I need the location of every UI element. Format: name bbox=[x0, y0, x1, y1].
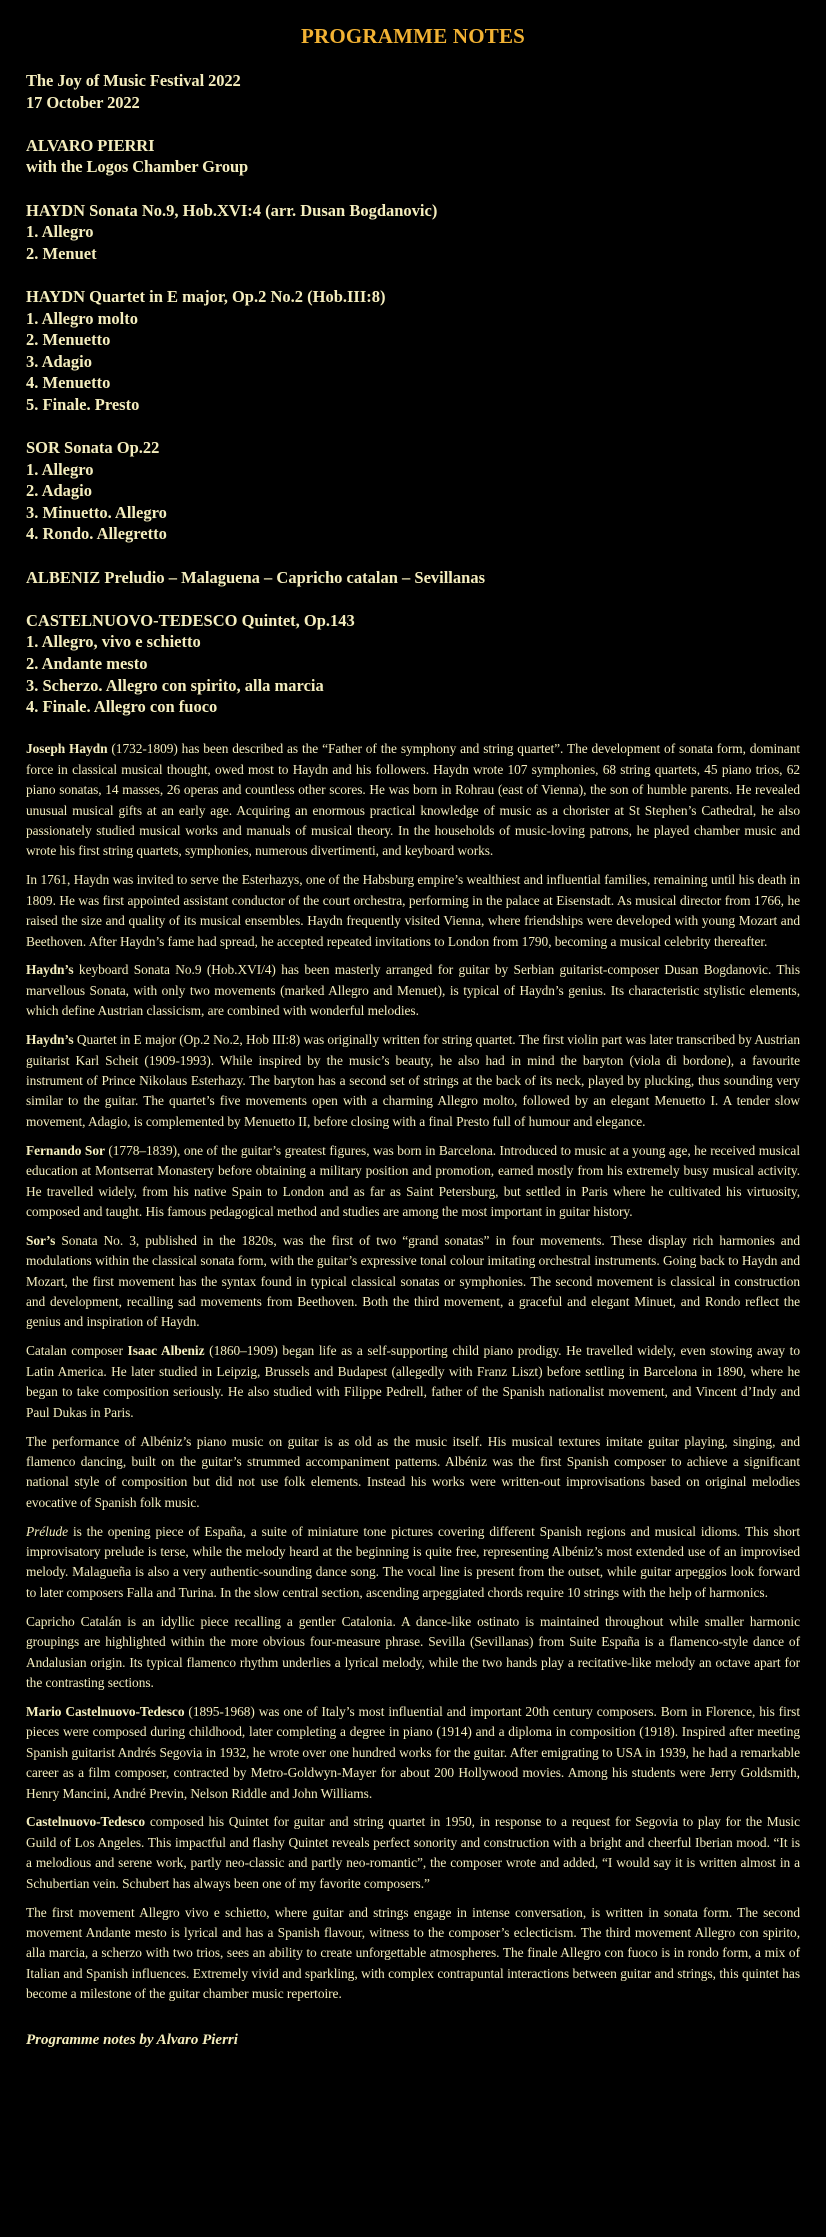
programme-work: ALBENIZ Preludio – Malaguena – Capricho … bbox=[26, 567, 800, 589]
note-text: keyboard Sonata No.9 (Hob.XVI/4) has bee… bbox=[26, 962, 800, 1018]
performer-ensemble: with the Logos Chamber Group bbox=[26, 156, 800, 178]
note-lead: Haydn’s bbox=[26, 1032, 74, 1047]
note-lead: Fernando Sor bbox=[26, 1143, 105, 1158]
note-paragraph: Haydn’s keyboard Sonata No.9 (Hob.XVI/4)… bbox=[26, 960, 800, 1021]
note-text: (1778–1839), one of the guitar’s greates… bbox=[26, 1143, 800, 1219]
work-movement: 1. Allegro bbox=[26, 459, 800, 481]
work-title: HAYDN Sonata No.9, Hob.XVI:4 (arr. Dusan… bbox=[26, 200, 800, 222]
note-lead: Sor’s bbox=[26, 1233, 55, 1248]
programme-notes-page: PROGRAMME NOTES The Joy of Music Festiva… bbox=[0, 0, 826, 2111]
notes-credit: Programme notes by Alvaro Pierri bbox=[26, 2029, 800, 2051]
performer-name: ALVARO PIERRI bbox=[26, 135, 800, 157]
work-movement: 2. Andante mesto bbox=[26, 653, 800, 675]
note-prefix: Catalan composer bbox=[26, 1343, 128, 1358]
programme-notes-body: Joseph Haydn (1732-1809) has been descri… bbox=[26, 739, 800, 2004]
note-paragraph: Prélude is the opening piece of España, … bbox=[26, 1522, 800, 1604]
programme-list: HAYDN Sonata No.9, Hob.XVI:4 (arr. Dusan… bbox=[26, 200, 800, 718]
work-movement: 4. Menuetto bbox=[26, 372, 800, 394]
note-paragraph: Joseph Haydn (1732-1809) has been descri… bbox=[26, 739, 800, 861]
event-name: The Joy of Music Festival 2022 bbox=[26, 70, 800, 92]
note-paragraph: The first movement Allegro vivo e schiet… bbox=[26, 1903, 800, 2005]
note-lead: Joseph Haydn bbox=[26, 741, 108, 756]
note-lead: Castelnuovo-Tedesco bbox=[26, 1814, 145, 1829]
note-text: The performance of Albéniz’s piano music… bbox=[26, 1434, 800, 1510]
event-info: The Joy of Music Festival 2022 17 Octobe… bbox=[26, 70, 800, 113]
performer-info: ALVARO PIERRI with the Logos Chamber Gro… bbox=[26, 135, 800, 178]
programme-work: SOR Sonata Op.221. Allegro2. Adagio3. Mi… bbox=[26, 437, 800, 545]
event-date: 17 October 2022 bbox=[26, 92, 800, 114]
work-title: ALBENIZ Preludio – Malaguena – Capricho … bbox=[26, 567, 800, 589]
note-paragraph: In 1761, Haydn was invited to serve the … bbox=[26, 870, 800, 952]
work-movement: 1. Allegro bbox=[26, 221, 800, 243]
work-title: SOR Sonata Op.22 bbox=[26, 437, 800, 459]
note-paragraph: Haydn’s Quartet in E major (Op.2 No.2, H… bbox=[26, 1030, 800, 1132]
note-paragraph: Capricho Catalán is an idyllic piece rec… bbox=[26, 1612, 800, 1694]
programme-work: HAYDN Quartet in E major, Op.2 No.2 (Hob… bbox=[26, 286, 800, 416]
note-paragraph: Castelnuovo-Tedesco composed his Quintet… bbox=[26, 1812, 800, 1894]
work-movement: 2. Menuetto bbox=[26, 329, 800, 351]
work-movement: 1. Allegro, vivo e schietto bbox=[26, 631, 800, 653]
programme-work: HAYDN Sonata No.9, Hob.XVI:4 (arr. Dusan… bbox=[26, 200, 800, 265]
note-lead: Mario Castelnuovo-Tedesco bbox=[26, 1704, 184, 1719]
note-paragraph: Fernando Sor (1778–1839), one of the gui… bbox=[26, 1141, 800, 1223]
note-lead: Haydn’s bbox=[26, 962, 74, 977]
work-movement: 5. Finale. Presto bbox=[26, 394, 800, 416]
note-lead: Isaac Albeniz bbox=[128, 1343, 205, 1358]
note-lead: Prélude bbox=[26, 1524, 68, 1539]
programme-work: CASTELNUOVO-TEDESCO Quintet, Op.1431. Al… bbox=[26, 610, 800, 718]
note-paragraph: Mario Castelnuovo-Tedesco (1895-1968) wa… bbox=[26, 1702, 800, 1804]
work-movement: 1. Allegro molto bbox=[26, 308, 800, 330]
note-text: The first movement Allegro vivo e schiet… bbox=[26, 1905, 800, 2002]
note-text: Sonata No. 3, published in the 1820s, wa… bbox=[26, 1233, 800, 1330]
note-paragraph: Catalan composer Isaac Albeniz (1860–190… bbox=[26, 1341, 800, 1423]
note-paragraph: The performance of Albéniz’s piano music… bbox=[26, 1432, 800, 1514]
work-movement: 3. Adagio bbox=[26, 351, 800, 373]
note-text: Quartet in E major (Op.2 No.2, Hob III:8… bbox=[26, 1032, 800, 1129]
note-text: is the opening piece of España, a suite … bbox=[26, 1524, 800, 1600]
work-movement: 3. Scherzo. Allegro con spirito, alla ma… bbox=[26, 675, 800, 697]
note-paragraph: Sor’s Sonata No. 3, published in the 182… bbox=[26, 1231, 800, 1333]
work-title: HAYDN Quartet in E major, Op.2 No.2 (Hob… bbox=[26, 286, 800, 308]
note-text: In 1761, Haydn was invited to serve the … bbox=[26, 872, 800, 948]
note-text: Capricho Catalán is an idyllic piece rec… bbox=[26, 1614, 800, 1690]
note-text: (1732-1809) has been described as the “F… bbox=[26, 741, 800, 858]
work-title: CASTELNUOVO-TEDESCO Quintet, Op.143 bbox=[26, 610, 800, 632]
work-movement: 2. Adagio bbox=[26, 480, 800, 502]
page-title: PROGRAMME NOTES bbox=[26, 22, 800, 50]
work-movement: 3. Minuetto. Allegro bbox=[26, 502, 800, 524]
work-movement: 4. Rondo. Allegretto bbox=[26, 523, 800, 545]
work-movement: 2. Menuet bbox=[26, 243, 800, 265]
work-movement: 4. Finale. Allegro con fuoco bbox=[26, 696, 800, 718]
